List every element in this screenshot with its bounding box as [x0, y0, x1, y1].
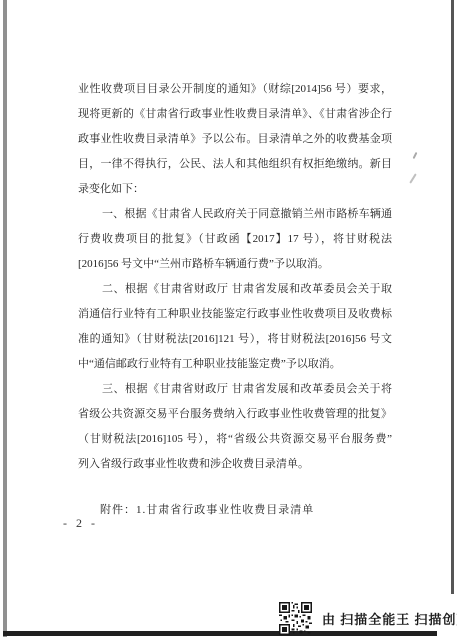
document-body: 业性收费项目目录公开制度的通知》（财综[2014]56 号）要求， 现将更新的《… — [78, 77, 392, 477]
document-line: 中“通信邮政行业特有工种职业技能鉴定费”予以取消。 — [78, 352, 392, 377]
scanner-footer: 由 扫描全能王 扫描创建 — [279, 602, 457, 635]
scan-edge-left — [3, 0, 7, 637]
scan-edge-right — [451, 0, 454, 594]
scanned-document-page: 业性收费项目目录公开制度的通知》（财综[2014]56 号）要求， 现将更新的《… — [0, 0, 457, 639]
scan-artifact — [413, 152, 418, 159]
document-line: 列入省级行政事业性收费和涉企收费目录清单。 — [78, 452, 392, 477]
document-line: 省级公共资源交易平台服务费纳入行政事业性收费管理的批复》 — [78, 402, 392, 427]
document-line: [2016]56 号文中“兰州市路桥车辆通行费”予以取消。 — [78, 252, 392, 277]
page-number: - 2 - — [63, 516, 98, 531]
document-line: 目，一律不得执行，公民、法人和其他组织有权拒绝缴纳。新目 — [78, 152, 392, 177]
document-line: （甘财税法[2016]105 号），将“省级公共资源交易平台服务费” — [78, 427, 392, 452]
document-line: 行费收费项目的批复》（甘政函【2017】17 号），将甘财税法 — [78, 227, 392, 252]
scan-artifact — [409, 173, 417, 183]
document-line: 录变化如下： — [78, 177, 392, 202]
document-line: 准的通知》（甘财税法[2016]121 号），将甘财税法[2016]56 号文 — [78, 327, 392, 352]
document-line: 业性收费项目目录公开制度的通知》（财综[2014]56 号）要求， — [78, 77, 392, 102]
qr-code-icon — [279, 602, 312, 635]
document-line: 一、根据《甘肃省人民政府关于同意撤销兰州市路桥车辆通 — [78, 202, 392, 227]
document-line: 消通信行业特有工种职业技能鉴定行政事业性收费项目及收费标 — [78, 302, 392, 327]
document-line: 政事业性收费目录清单》予以公布。目录清单之外的收费基金项 — [78, 127, 392, 152]
document-line: 现将更新的《甘肃省行政事业性收费目录清单》、《甘肃省涉企行 — [78, 102, 392, 127]
scanner-credit-text: 由 扫描全能王 扫描创建 — [322, 609, 457, 628]
attachment-note: 附件：1.甘肃省行政事业性收费目录清单 — [100, 501, 314, 517]
document-line: 二、根据《甘肃省财政厅 甘肃省发展和改革委员会关于取 — [78, 277, 392, 302]
document-line: 三、根据《甘肃省财政厅 甘肃省发展和改革委员会关于将 — [78, 377, 392, 402]
